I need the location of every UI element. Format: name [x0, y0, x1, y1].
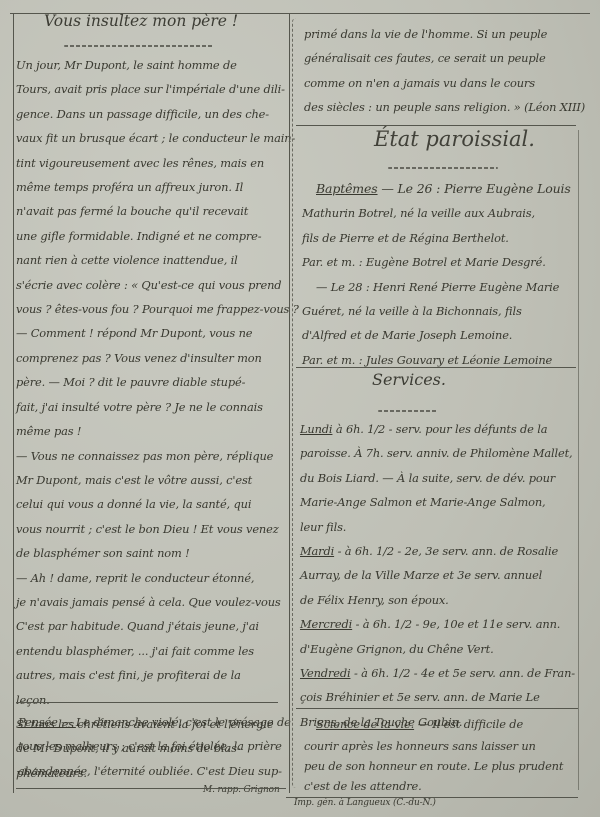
- pensee-signature: M. rapp. Grignon: [18, 783, 291, 797]
- service-line: çois Bréhinier et 5e serv. ann. de Marie…: [300, 685, 575, 709]
- story-line: nant rien à cette violence inattendue, i…: [16, 248, 299, 272]
- science-line: c'est de les attendre.: [304, 776, 563, 796]
- science-line: peu de son honneur en route. Le plus pru…: [304, 756, 563, 776]
- service-line: de Félix Henry, son époux.: [300, 588, 575, 612]
- story-line: Un jour, Mr Dupont, le saint homme de: [16, 53, 299, 77]
- story-line: — Vous ne connaissez pas mon père, répli…: [16, 444, 299, 468]
- service-day-mardi: Mardi: [300, 544, 334, 558]
- bapteme-line: Guéret, né la veille à la Bichonnais, fi…: [302, 299, 571, 323]
- pensee-top-border: [16, 702, 278, 703]
- story-line: autres, mais c'est fini, je profiterai d…: [16, 663, 299, 687]
- bapteme-line: Par. et m. : Eugène Botrel et Marie Desg…: [302, 250, 571, 274]
- pensee-box: Pensée — Le dimanche violé, c'est le pré…: [18, 710, 291, 797]
- service-line: paroisse. À 7h. serv. anniv. de Philomèn…: [300, 441, 575, 465]
- title-ornament: [64, 45, 214, 47]
- parish-bulletin-page: Vous insultez mon père ! Un jour, Mr Dup…: [0, 0, 600, 817]
- service-line: d'Eugène Grignon, du Chêne Vert.: [300, 637, 575, 661]
- continuation-line: primé dans la vie de l'homme. Si un peup…: [304, 22, 585, 46]
- bapteme-line: Par. et m. : Jules Gouvary et Léonie Lem…: [302, 348, 571, 372]
- service-line: du Bois Liard. — À la suite, serv. de dé…: [300, 466, 575, 490]
- baptemes-section: Baptêmes — Le 26 : Pierre Eugène LouisMa…: [302, 177, 571, 372]
- services-top-border: [296, 367, 576, 368]
- services-title: Services.: [372, 370, 446, 389]
- story-body: Un jour, Mr Dupont, le saint homme deTou…: [16, 53, 299, 785]
- science-box: Science de la vie. — Il est difficile de…: [304, 712, 563, 810]
- story-line: — Ah ! dame, reprit le conducteur étonné…: [16, 566, 299, 590]
- story-line: vous ? êtes-vous fou ? Pourquoi me frapp…: [16, 297, 299, 321]
- text-line: Vendredi - à 6h. 1/2 - 4e et 5e serv. an…: [300, 661, 575, 685]
- article-continuation: primé dans la vie de l'homme. Si un peup…: [304, 22, 585, 120]
- story-line: comprenez pas ? Vous venez d'insulter mo…: [16, 346, 299, 370]
- text-span: - à 6h. 1/2 - 2e, 3e serv. ann. de Rosal…: [334, 544, 558, 558]
- story-line: tint vigoureusement avec les rênes, mais…: [16, 151, 299, 175]
- bapteme-line: fils de Pierre et de Régina Berthelot.: [302, 226, 571, 250]
- text-line: Lundi à 6h. 1/2 - serv. pour les défunts…: [300, 417, 575, 441]
- center-bracket: [292, 18, 300, 788]
- story-line: s'écrie avec colère : « Qu'est-ce qui vo…: [16, 273, 299, 297]
- story-line: fait, j'ai insulté votre père ? Je ne le…: [16, 395, 299, 419]
- text-span: — Il est difficile de: [414, 717, 523, 731]
- science-label: Science de la vie.: [316, 717, 414, 731]
- story-line: Tours, avait pris place sur l'impériale …: [16, 77, 299, 101]
- story-line: leçon.: [16, 688, 299, 712]
- service-day-vendredi: Vendredi: [300, 666, 350, 680]
- text-span: Le dimanche violé, c'est le présage de: [76, 715, 291, 729]
- center-divider: [289, 13, 290, 793]
- story-line: n'avait pas fermé la bouche qu'il receva…: [16, 199, 299, 223]
- story-line: C'est par habitude. Quand j'étais jeune,…: [16, 614, 299, 638]
- story-line: entendu blasphémer, ... j'ai fait comme …: [16, 639, 299, 663]
- service-line: Aurray, de la Ville Marze et 3e serv. an…: [300, 563, 575, 587]
- etat-paroissial-title: État paroissial.: [374, 127, 535, 151]
- story-line: celui qui vous a donné la vie, la santé,…: [16, 492, 299, 516]
- continuation-line: généralisait ces fautes, ce serait un pe…: [304, 46, 585, 70]
- story-title: Vous insultez mon père !: [44, 12, 238, 30]
- story-line: — Comment ! répond Mr Dupont, vous ne: [16, 321, 299, 345]
- services-section: Lundi à 6h. 1/2 - serv. pour les défunts…: [300, 417, 575, 734]
- story-line: une gifle formidable. Indigné et ne comp…: [16, 224, 299, 248]
- story-line: de blasphémer son saint nom !: [16, 541, 299, 565]
- pensee-label: Pensée —: [18, 715, 76, 729]
- bapteme-line: — Le 28 : Henri René Pierre Eugène Marie: [302, 275, 571, 299]
- story-line: même temps proféra un affreux juron. Il: [16, 175, 299, 199]
- science-top-border: [296, 708, 578, 709]
- bapteme-line: Mathurin Botrel, né la veille aux Aubrai…: [302, 201, 571, 225]
- text-span: - à 6h. 1/2 - 9e, 10e et 11e serv. ann.: [352, 617, 560, 631]
- text-line: Mercredi - à 6h. 1/2 - 9e, 10e et 11e se…: [300, 612, 575, 636]
- service-day-lundi: Lundi: [300, 422, 332, 436]
- text-line: Baptêmes — Le 26 : Pierre Eugène Louis: [302, 177, 571, 201]
- story-line: même pas !: [16, 419, 299, 443]
- pensee-bottom-border: [16, 788, 286, 789]
- continuation-line: des siècles : un peuple sans religion. »…: [304, 95, 585, 119]
- text-line: Science de la vie. — Il est difficile de: [304, 712, 563, 736]
- text-span: — Le 26 : Pierre Eugène Louis: [378, 181, 571, 196]
- bapteme-line: d'Alfred et de Marie Joseph Lemoine.: [302, 323, 571, 347]
- right-outer-border: [578, 130, 579, 790]
- story-line: vaux fit un brusque écart ; le conducteu…: [16, 126, 299, 150]
- science-bottom-border: [286, 797, 578, 798]
- pensee-line: abandonnée, l'éternité oubliée. C'est Di…: [18, 759, 291, 783]
- service-line: leur fils.: [300, 515, 575, 539]
- science-line: courir après les honneurs sans laisser u…: [304, 736, 563, 756]
- story-line: gence. Dans un passage difficile, un des…: [16, 102, 299, 126]
- text-span: à 6h. 1/2 - serv. pour les défunts de la: [332, 422, 547, 436]
- text-span: - à 6h. 1/2 - 4e et 5e serv. ann. de Fra…: [350, 666, 575, 680]
- story-line: père. — Moi ? dit le pauvre diable stupé…: [16, 370, 299, 394]
- etat-top-border: [296, 125, 576, 126]
- services-ornament: [378, 410, 438, 412]
- left-outer-border: [13, 13, 14, 793]
- service-line: Marie-Ange Salmon et Marie-Ange Salmon,: [300, 490, 575, 514]
- continuation-line: comme on n'en a jamais vu dans le cours: [304, 71, 585, 95]
- story-line: vous nourrit ; c'est le bon Dieu ! Et vo…: [16, 517, 299, 541]
- text-line: Mardi - à 6h. 1/2 - 2e, 3e serv. ann. de…: [300, 539, 575, 563]
- baptemes-label: Baptêmes: [316, 181, 378, 196]
- printer-credit: Imp. gén. à Langueux (C.-du-N.): [294, 796, 563, 810]
- pensee-line: tous les malheurs ; c'est la foi étiolée…: [18, 734, 291, 758]
- etat-ornament: [388, 167, 498, 169]
- story-line: Mr Dupont, mais c'est le vôtre aussi, c'…: [16, 468, 299, 492]
- text-line: Pensée — Le dimanche violé, c'est le pré…: [18, 710, 291, 734]
- story-line: je n'avais jamais pensé à cela. Que voul…: [16, 590, 299, 614]
- service-day-mercredi: Mercredi: [300, 617, 352, 631]
